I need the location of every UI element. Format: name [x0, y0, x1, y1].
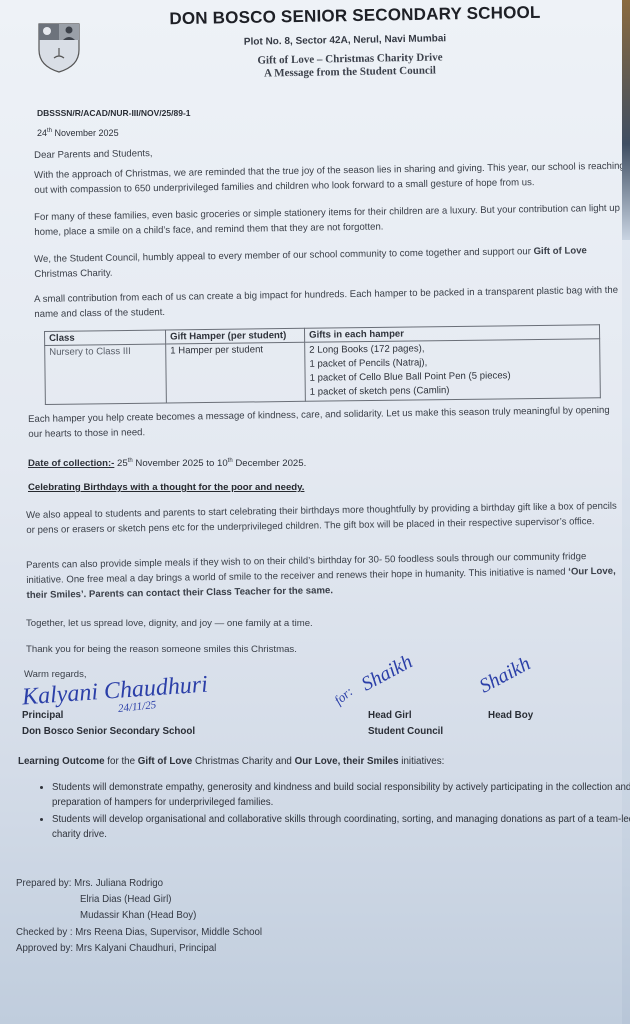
class-cell: Nursery to Class III — [45, 344, 167, 404]
background-edge — [622, 0, 630, 240]
head-boy-signature: Shaikh — [476, 653, 535, 699]
credits-block: Prepared by: Mrs. Juliana Rodrigo Elria … — [16, 876, 262, 957]
approved-by: Approved by: Mrs Kalyani Chaudhuri, Prin… — [16, 941, 262, 957]
table-row: Nursery to Class III 1 Hamper per studen… — [45, 339, 601, 405]
paragraph-contribution: A small contribution from each of us can… — [34, 283, 630, 322]
school-name: DON BOSCO SENIOR SECONDARY SCHOOL — [165, 3, 545, 30]
paragraph-kindness: Each hamper you help create becomes a me… — [28, 403, 624, 442]
prepared-by-head-girl: Elria Dias (Head Girl) — [16, 892, 262, 908]
hamper-table: Class Gift Hamper (per student) Gifts in… — [44, 324, 601, 405]
prepared-by: Prepared by: Mrs. Juliana Rodrigo — [16, 876, 262, 892]
column-header: Class — [45, 330, 166, 345]
school-crest-icon — [36, 22, 82, 74]
paragraph-together: Together, let us spread love, dignity, a… — [26, 616, 622, 631]
school-label: Don Bosco Senior Secondary School — [22, 726, 195, 737]
list-item: Students will demonstrate empathy, gener… — [52, 780, 630, 810]
paragraph-appeal: We, the Student Council, humbly appeal t… — [34, 243, 630, 282]
birthday-heading: Celebrating Birthdays with a thought for… — [28, 482, 304, 493]
learning-outcome-list: Students will demonstrate empathy, gener… — [34, 780, 630, 844]
letter-date: 24th November 2025 — [37, 128, 119, 138]
principal-sign-date: 24/11/25 — [117, 699, 156, 715]
head-girl-signature: Shaikh — [358, 651, 417, 697]
warm-regards: Warm regards, — [24, 669, 86, 680]
gift-item: 1 packet of sketch pens (Camlin) — [310, 382, 596, 399]
checked-by: Checked by : Mrs Reena Dias, Supervisor,… — [16, 925, 262, 941]
gifts-cell: 2 Long Books (172 pages), 1 packet of Pe… — [305, 339, 601, 402]
collection-dates: Date of collection:- 25th November 2025 … — [28, 458, 306, 469]
paragraph-birthday-gift: We also appeal to students and parents t… — [26, 499, 622, 538]
paragraph-meals: Parents can also provide simple meals if… — [26, 549, 623, 603]
prepared-by-head-boy: Mudassir Khan (Head Boy) — [16, 908, 262, 924]
list-item: Students will develop organisational and… — [52, 812, 630, 842]
reference-number: DBSSSN/R/ACAD/NUR-III/NOV/25/89-1 — [37, 108, 191, 118]
paragraph-intro: With the approach of Christmas, we are r… — [34, 159, 630, 198]
paragraph-thanks: Thank you for being the reason someone s… — [26, 642, 622, 657]
principal-label: Principal — [22, 710, 63, 721]
for-mark: for: — [331, 684, 356, 709]
document-page: DON BOSCO SENIOR SECONDARY SCHOOL Plot N… — [0, 0, 622, 1024]
learning-outcome-heading: Learning Outcome for the Gift of Love Ch… — [18, 756, 444, 767]
head-girl-label: Head Girl — [368, 710, 412, 721]
school-address: Plot No. 8, Sector 42A, Nerul, Navi Mumb… — [200, 32, 490, 48]
paragraph-families: For many of these families, even basic g… — [34, 201, 630, 240]
hamper-cell: 1 Hamper per student — [166, 342, 306, 403]
head-boy-label: Head Boy — [488, 710, 533, 721]
student-council-label: Student Council — [368, 726, 443, 737]
